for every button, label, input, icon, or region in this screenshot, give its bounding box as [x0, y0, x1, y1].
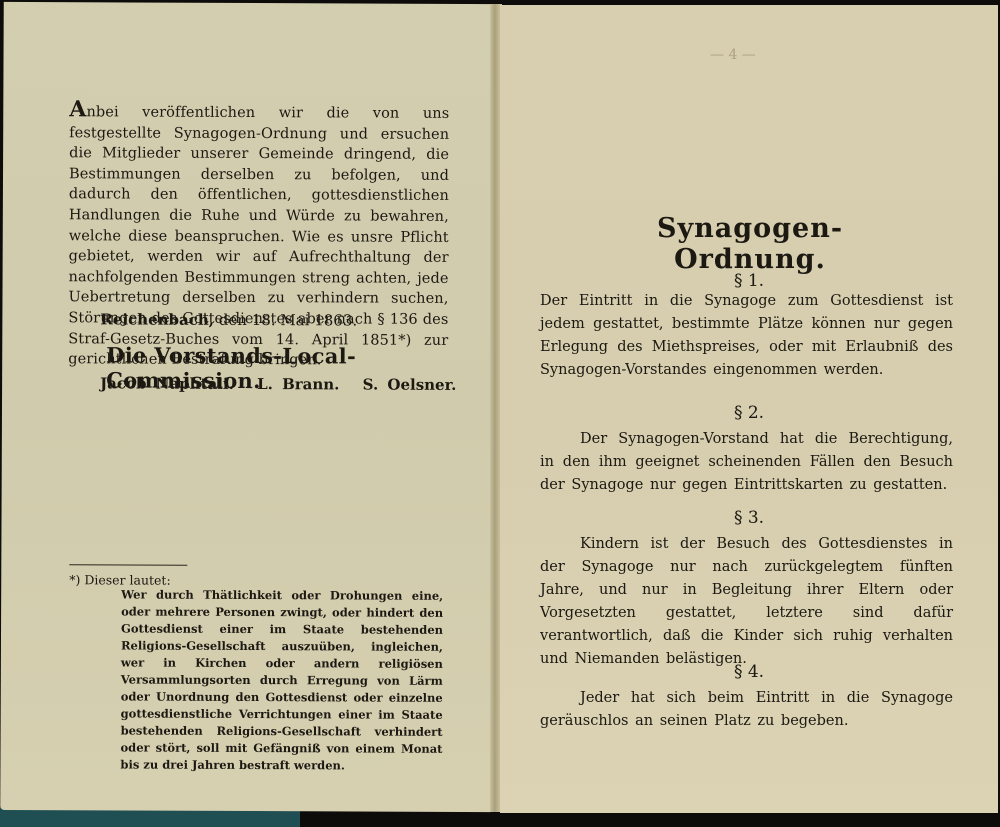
- section-mark: § 1.: [500, 271, 998, 291]
- section-text: Jeder hat sich beim Eintritt in die Syna…: [540, 687, 953, 733]
- section-text: Kindern ist der Besuch des Gottesdienste…: [540, 533, 953, 671]
- page-number: — 4 —: [710, 47, 756, 63]
- section-mark: § 4.: [500, 662, 998, 682]
- footnote-text: Wer durch Thätlichkeit oder Drohungen ei…: [120, 586, 443, 774]
- section-mark: § 2.: [500, 403, 998, 423]
- signers: Jacob Naphtali. L. Brann. S. Oelsner.: [100, 374, 470, 394]
- section-text: Der Eintritt in die Synagoge zum Gottesd…: [540, 290, 953, 382]
- place-date-line: Reichenbach, den 18. Mai 1863.: [100, 310, 357, 329]
- section-mark: § 3.: [500, 508, 998, 528]
- footnote-label: *) Dieser lautet:: [69, 572, 171, 587]
- page-title: Synagogen-Ordnung.: [600, 213, 900, 275]
- footnote-divider: [69, 564, 187, 566]
- place: Reichenbach,: [100, 310, 214, 328]
- intro-paragraph: Anbei veröffentlichen wir die von uns fe…: [68, 102, 449, 371]
- drop-cap: A: [69, 96, 86, 122]
- signer: L. Brann.: [257, 375, 339, 393]
- signer: S. Oelsner.: [363, 376, 457, 394]
- left-page: Anbei veröffentlichen wir die von uns fe…: [0, 2, 494, 812]
- section-text: Der Synagogen-Vorstand hat die Berechtig…: [540, 428, 953, 497]
- date: den 18. Mai 1863.: [214, 311, 357, 330]
- right-page: — 4 — Synagogen-Ordnung. § 1. Der Eintri…: [500, 5, 998, 813]
- signer: Jacob Naphtali.: [100, 374, 234, 393]
